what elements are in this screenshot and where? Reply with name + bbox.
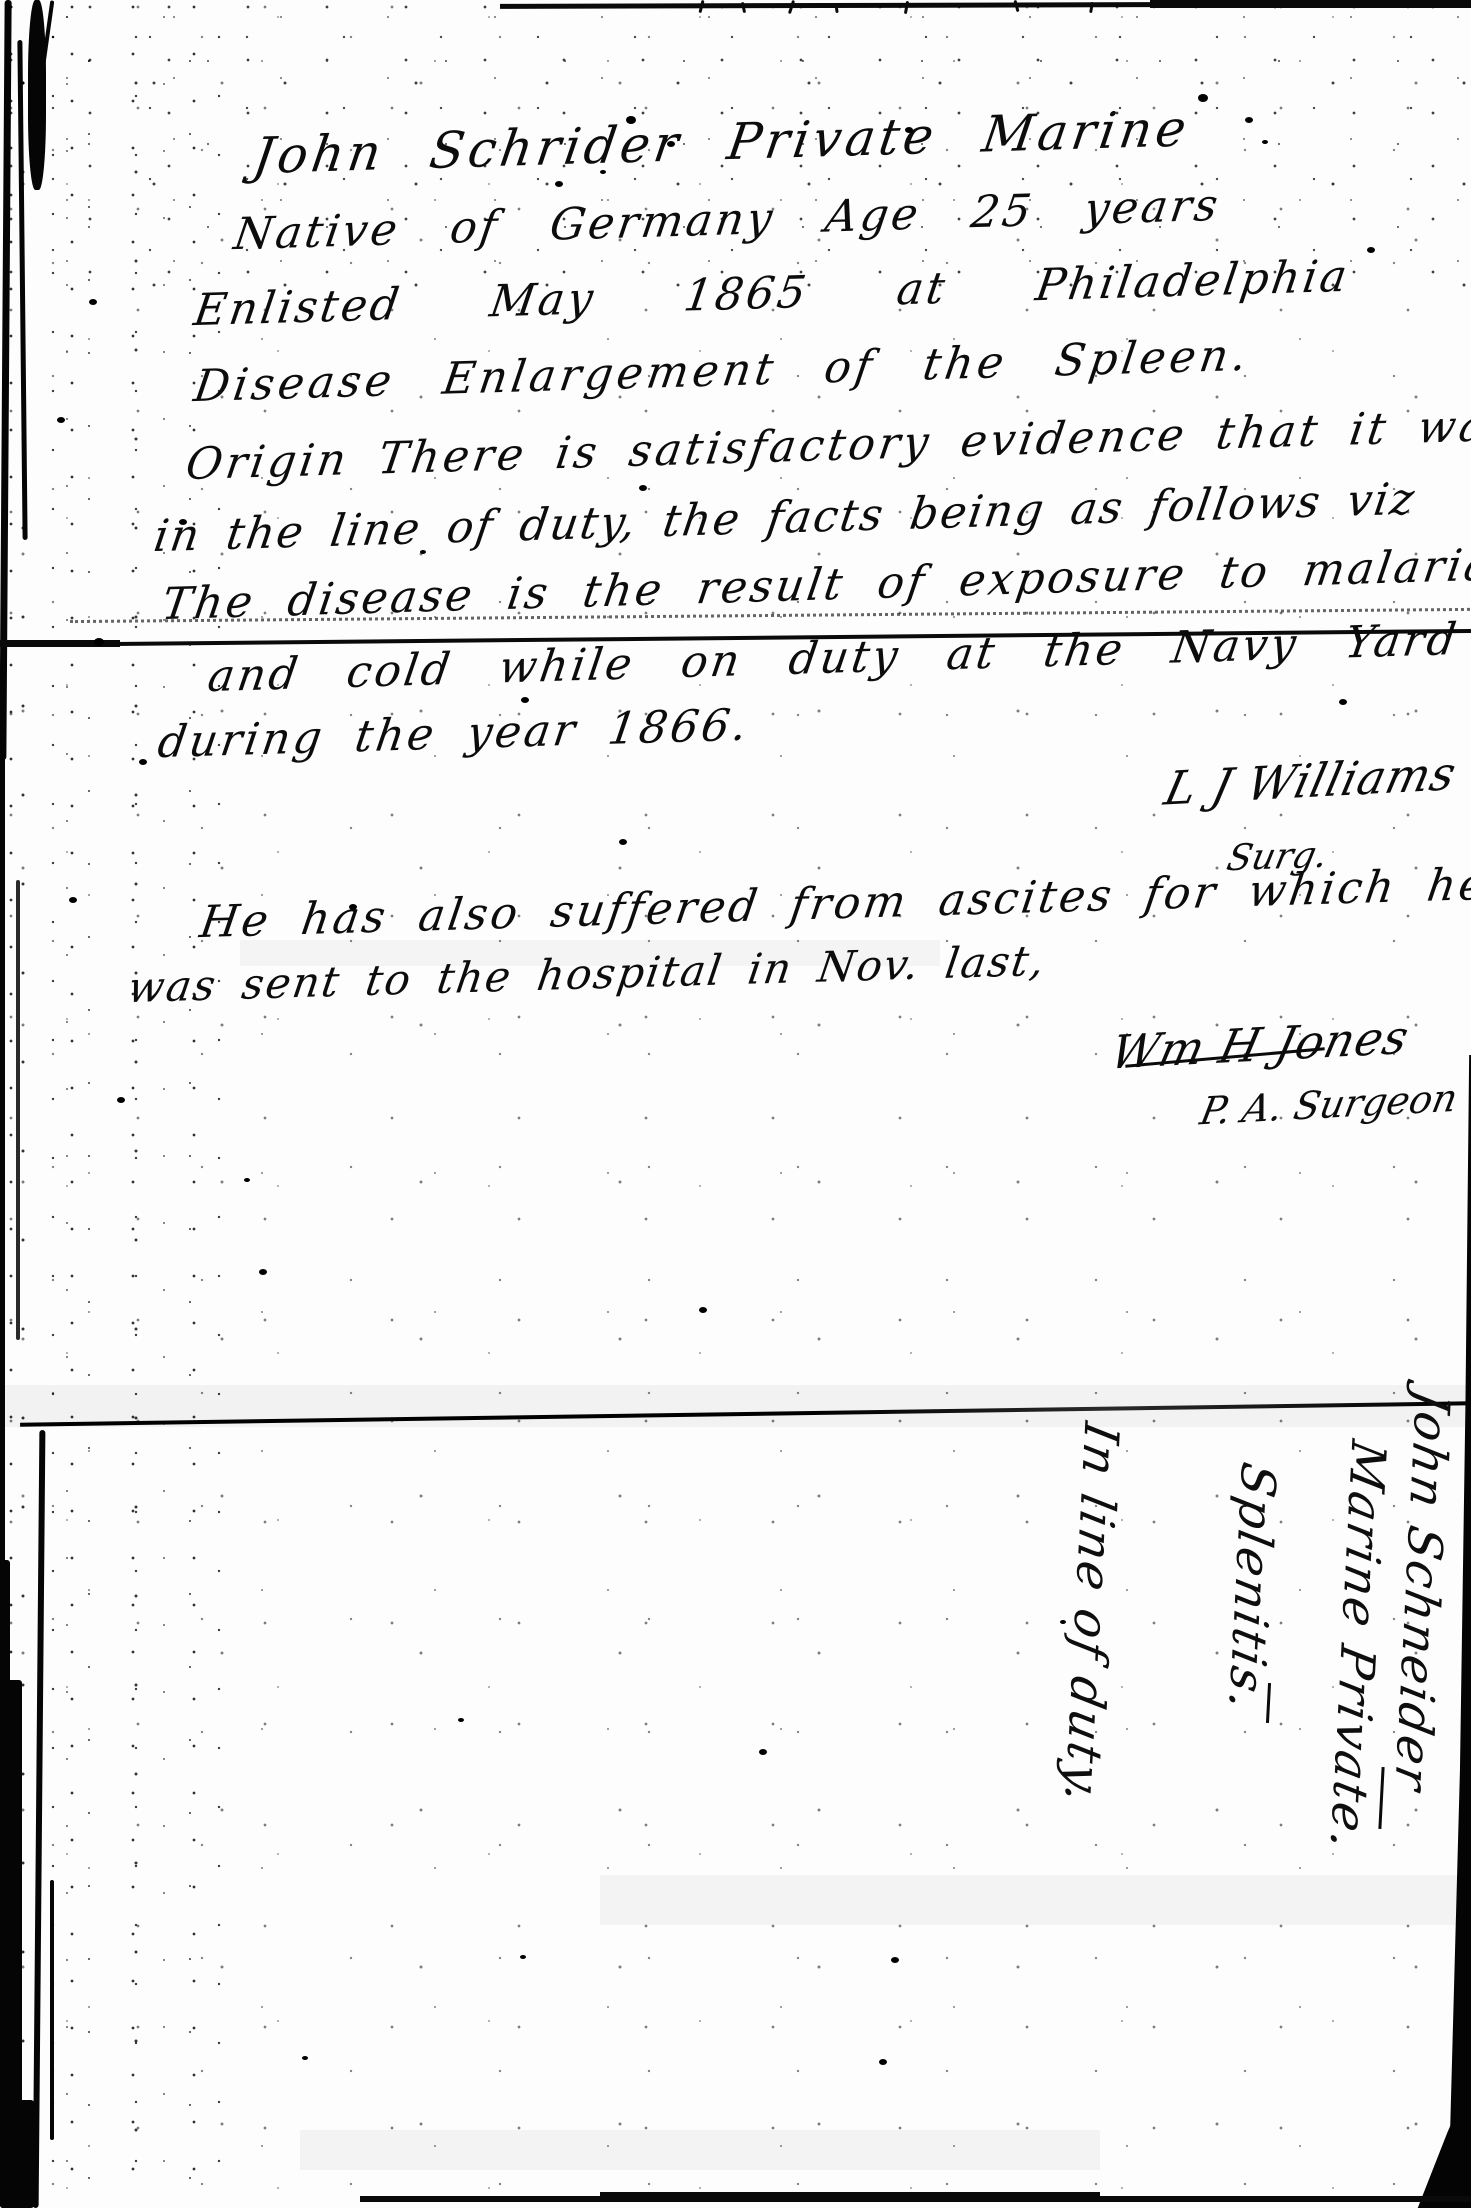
docket-diagnosis: Splenitis.	[1221, 1459, 1282, 1716]
binding-streak	[50, 1880, 54, 2140]
addendum-line-2: was sent to the hospital in Nov. last,	[125, 937, 1049, 1013]
assistant-surgeon-signature: Wm H Jones	[1106, 1010, 1415, 1079]
scan-shadow-band	[300, 2130, 1100, 2170]
binding-streak	[16, 880, 20, 1340]
surgeon-signature: L J Williams	[1160, 747, 1462, 816]
record-enlistment-line: Enlisted May 1865 at Philadelphia	[191, 252, 1353, 337]
assistant-surgeon-title: P. A. Surgeon	[1196, 1077, 1461, 1135]
docket-name: John Schneider	[1387, 1387, 1456, 1796]
top-edge-text-remnant	[1089, 2, 1094, 13]
binding-streak	[17, 40, 27, 540]
origin-line-5: during the year 1866.	[155, 700, 753, 768]
record-disease-line: Disease Enlargement of the Spleen.	[191, 331, 1254, 413]
scanned-document-page: John Schrider Private Marine Native of G…	[0, 0, 1471, 2208]
docket-duty-line: In line of duty.	[1057, 1419, 1125, 1809]
origin-line-4: and cold while on duty at the Navy Yard	[205, 615, 1462, 703]
scan-top-edge-line	[500, 2, 1150, 9]
binding-streak	[0, 700, 5, 1600]
fold-line	[20, 1401, 1471, 1427]
scan-shadow-band	[600, 1875, 1471, 1925]
record-nativity-line: Native of Germany Age 25 years	[231, 181, 1224, 261]
binding-blotch	[0, 2100, 34, 2208]
docket-underline-flourish	[1378, 1767, 1384, 1829]
ink-blots	[0, 0, 6, 4]
scan-bottom-edge-line	[600, 2192, 1100, 2201]
addendum-line-1: He has also suffered from ascites for wh…	[197, 860, 1471, 949]
record-name-line: John Schrider Private Marine	[250, 100, 1194, 186]
scan-top-edge-line	[1150, 0, 1471, 8]
binding-streak	[33, 1430, 46, 2208]
crease-line-end	[0, 640, 120, 647]
